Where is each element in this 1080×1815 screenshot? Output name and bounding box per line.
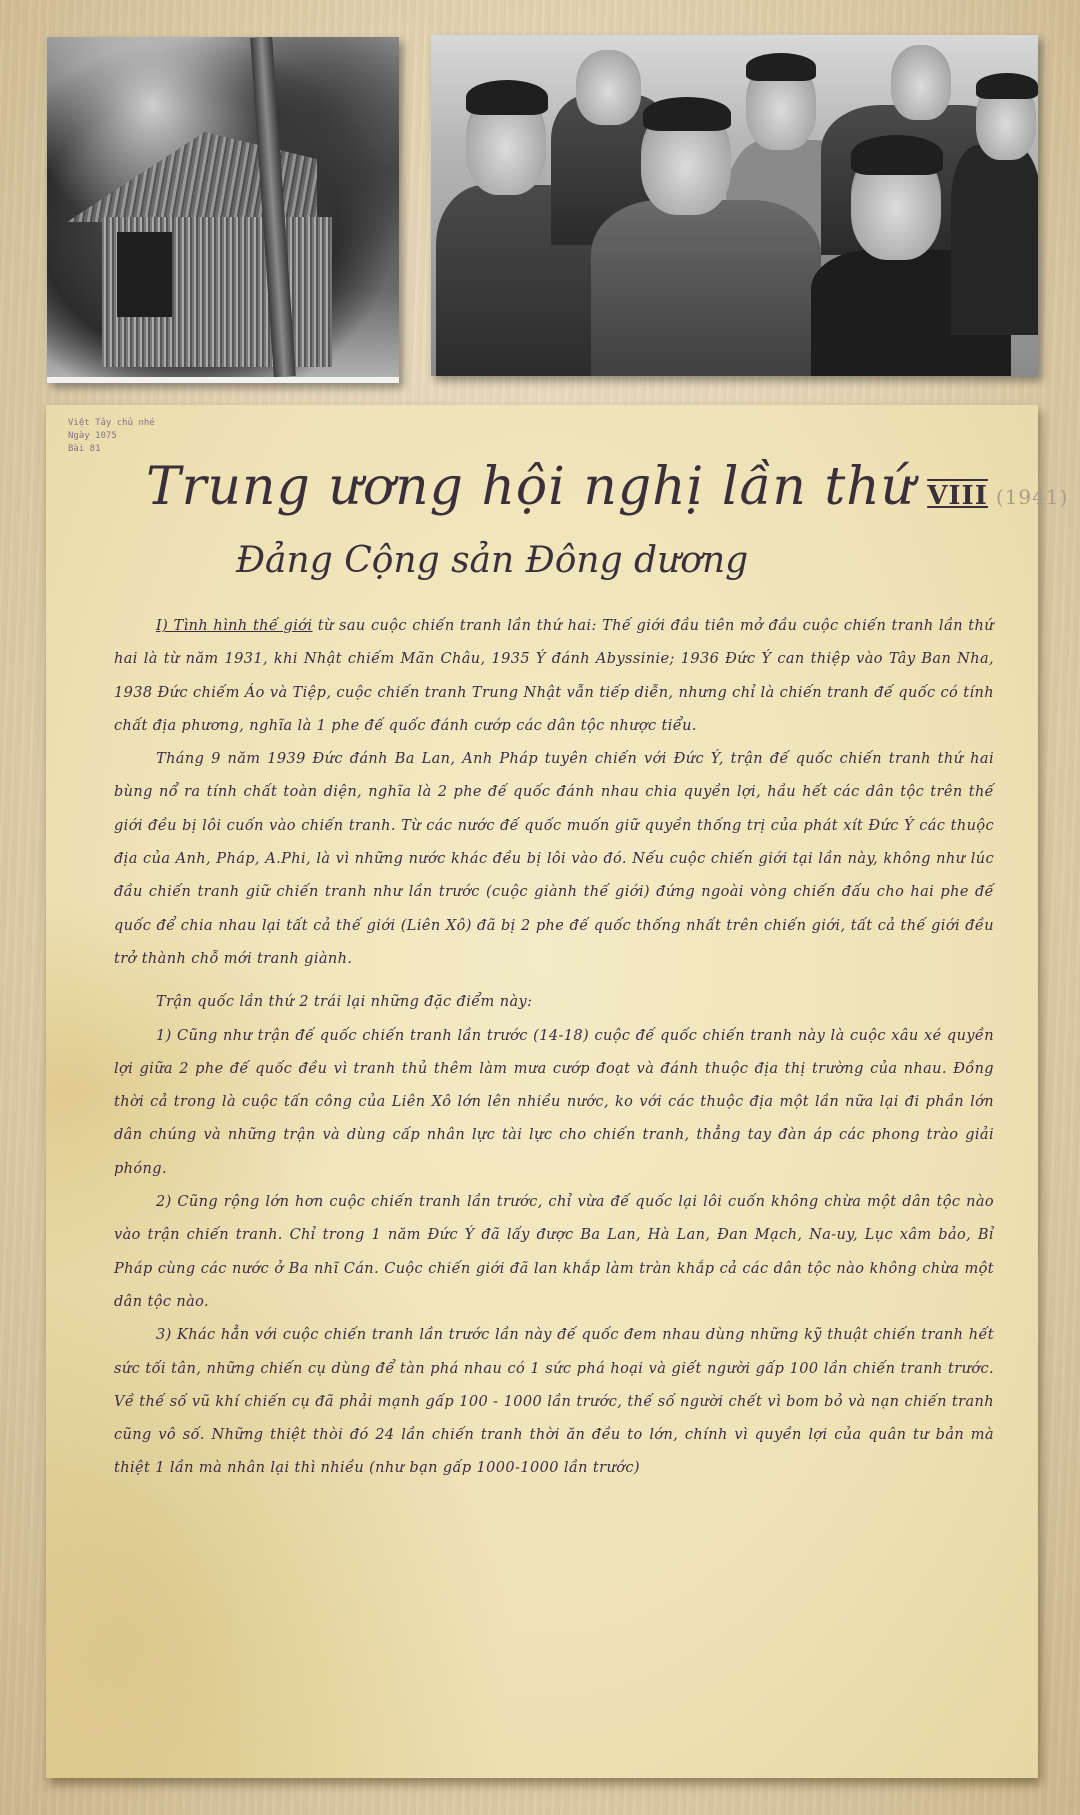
paragraph: Trận quốc lần thứ 2 trái lại những đặc đ…	[114, 986, 994, 1019]
photo-meeting-delegates	[431, 35, 1038, 376]
title-roman-numeral: VIII	[927, 481, 988, 511]
margin-note-line: Ngày 1075	[68, 430, 155, 443]
title-text: Trung ương hội nghị lần thứ	[146, 457, 915, 517]
document-subtitle: Đảng Cộng sản Đông dương	[236, 540, 748, 581]
paragraph-text: từ sau cuộc chiến tranh lần thứ hai: Thế…	[114, 618, 994, 734]
paragraph: I) Tình hình thế giới từ sau cuộc chiến …	[114, 610, 994, 743]
paragraph: 1) Cũng như trận đế quốc chiến tranh lần…	[114, 1020, 994, 1186]
paragraph: 3) Khác hẳn với cuộc chiến tranh lần trư…	[114, 1319, 994, 1485]
document-title: Trung ương hội nghị lần thứVIII(1941)	[146, 457, 1068, 517]
paragraph: 2) Cũng rộng lớn hơn cuộc chiến tranh lầ…	[114, 1186, 994, 1319]
document-body: I) Tình hình thế giới từ sau cuộc chiến …	[114, 610, 994, 1486]
paragraph: Tháng 9 năm 1939 Đức đánh Ba Lan, Anh Ph…	[114, 743, 994, 976]
margin-note-line: Bài 81	[68, 443, 155, 456]
photo-thatched-hut	[47, 37, 399, 383]
title-year: (1941)	[996, 485, 1069, 509]
handwritten-document: Việt Tây chủ nhé Ngày 1075 Bài 81 Trung …	[46, 405, 1038, 1778]
margin-note: Việt Tây chủ nhé Ngày 1075 Bài 81	[68, 417, 155, 456]
hut-door	[117, 232, 172, 317]
margin-note-line: Việt Tây chủ nhé	[68, 417, 155, 430]
section-heading: I) Tình hình thế giới	[156, 618, 312, 634]
